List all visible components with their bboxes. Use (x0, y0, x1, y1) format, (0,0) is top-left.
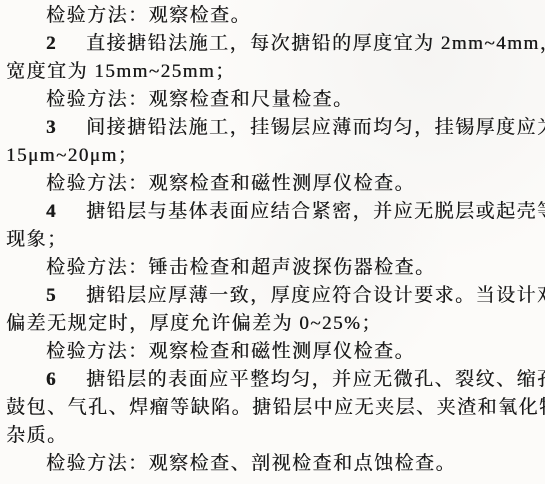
line-text: 检验方法：锤击检查和超声波探伤器检查。 (46, 257, 436, 278)
line-text: 直接搪铅法施工，每次搪铅的厚度宜为 2mm~4mm，搪道 (86, 33, 545, 54)
text-line: 15μm~20μm； (6, 142, 543, 170)
text-line: 偏差无规定时，厚度允许偏差为 0~25%； (6, 310, 543, 338)
inspection-method-line: 检验方法：观察检查和尺量检查。 (6, 86, 543, 114)
line-text: 偏差无规定时，厚度允许偏差为 0~25%； (6, 313, 382, 334)
line-text: 现象； (6, 229, 68, 250)
inspection-method-line: 检验方法：观察检查。 (6, 2, 543, 30)
clause-number: 3 (46, 114, 86, 142)
clause-number: 5 (46, 282, 86, 310)
line-text: 间接搪铅法施工，挂锡层应薄而均匀，挂锡厚度应为 (86, 117, 545, 138)
inspection-method-line: 检验方法：观察检查和磁性测厚仪检查。 (6, 170, 543, 198)
line-text: 检验方法：观察检查和磁性测厚仪检查。 (46, 341, 415, 362)
text-line: 杂质。 (6, 422, 543, 450)
text-line: 宽度宜为 15mm~25mm； (6, 58, 543, 86)
text-block: 检验方法：观察检查。2直接搪铅法施工，每次搪铅的厚度宜为 2mm~4mm，搪道宽… (6, 2, 543, 478)
clause-number: 6 (46, 366, 86, 394)
line-text: 搪铅层与基体表面应结合紧密，并应无脱层或起壳等 (86, 201, 545, 222)
document-page: 检验方法：观察检查。2直接搪铅法施工，每次搪铅的厚度宜为 2mm~4mm，搪道宽… (0, 0, 545, 484)
line-text: 检验方法：观察检查、剖视检查和点蚀检查。 (46, 453, 456, 474)
clause-line: 6搪铅层的表面应平整均匀，并应无微孔、裂纹、缩孔、夹渣、 (6, 366, 543, 394)
line-text: 搪铅层应厚薄一致，厚度应符合设计要求。当设计对厚度 (86, 285, 545, 306)
line-text: 检验方法：观察检查。 (46, 5, 251, 26)
inspection-method-line: 检验方法：观察检查和磁性测厚仪检查。 (6, 338, 543, 366)
text-line: 现象； (6, 226, 543, 254)
clause-line: 5搪铅层应厚薄一致，厚度应符合设计要求。当设计对厚度 (6, 282, 543, 310)
line-text: 搪铅层的表面应平整均匀，并应无微孔、裂纹、缩孔、夹渣、 (86, 369, 545, 390)
inspection-method-line: 检验方法：观察检查、剖视检查和点蚀检查。 (6, 450, 543, 478)
line-text: 检验方法：观察检查和磁性测厚仪检查。 (46, 173, 415, 194)
clause-number: 4 (46, 198, 86, 226)
clause-number: 2 (46, 30, 86, 58)
line-text: 检验方法：观察检查和尺量检查。 (46, 89, 354, 110)
inspection-method-line: 检验方法：锤击检查和超声波探伤器检查。 (6, 254, 543, 282)
line-text: 鼓包、气孔、焊瘤等缺陷。搪铅层中应无夹层、夹渣和氧化物等 (6, 397, 545, 418)
text-line: 鼓包、气孔、焊瘤等缺陷。搪铅层中应无夹层、夹渣和氧化物等 (6, 394, 543, 422)
line-text: 15μm~20μm； (6, 145, 138, 166)
clause-line: 2直接搪铅法施工，每次搪铅的厚度宜为 2mm~4mm，搪道 (6, 30, 543, 58)
clause-line: 4搪铅层与基体表面应结合紧密，并应无脱层或起壳等 (6, 198, 543, 226)
line-text: 杂质。 (6, 425, 68, 446)
clause-line: 3间接搪铅法施工，挂锡层应薄而均匀，挂锡厚度应为 (6, 114, 543, 142)
line-text: 宽度宜为 15mm~25mm； (6, 61, 236, 82)
